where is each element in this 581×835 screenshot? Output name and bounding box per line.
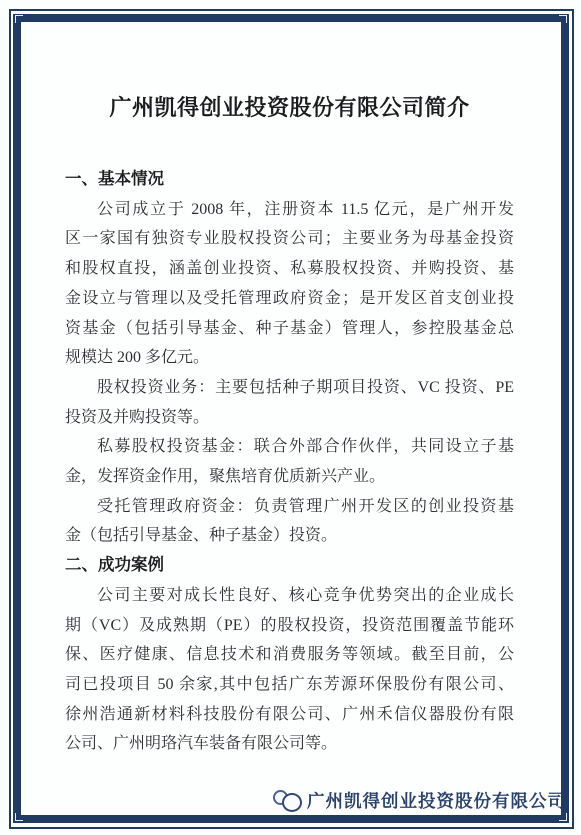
text-line: 保、医疗健康、信息技术和消费服务等领域。截至目前，公 — [65, 640, 514, 670]
text-line: 期（VC）及成熟期（PE）的股权投资，投资范围覆盖节能环 — [65, 611, 514, 641]
text-line: 和股权直投，涵盖创业投资、私募股权投资、并购投资、基 — [65, 254, 514, 284]
text-line: 徐州浩通新材料科技股份有限公司、广州禾信仪器股份有限 — [65, 700, 514, 730]
text-line: 公司主要对成长性良好、核心竞争优势突出的企业成长 — [65, 581, 514, 611]
text-line: 区一家国有独资专业股权投资公司；主要业务为母基金投资 — [65, 224, 514, 254]
text-line: 金设立与管理以及受托管理政府资金；是开发区首支创业投 — [65, 284, 514, 314]
text-line: 资基金（包括引导基金、种子基金）管理人，参控股基金总 — [65, 314, 514, 344]
section-heading-success-cases: 二、成功案例 — [65, 551, 514, 581]
text-line: 股权投资业务：主要包括种子期项目投资、VC 投资、PE — [65, 373, 514, 403]
text-line: 公司成立于 2008 年，注册资本 11.5 亿元，是广州开发 — [65, 195, 514, 225]
corner-mark — [559, 813, 567, 821]
corner-mark — [15, 813, 23, 821]
footer-watermark: 广州凯得创业投资股份有限公司 — [272, 787, 566, 813]
document-page: 广州凯得创业投资股份有限公司简介 一、基本情况 公司成立于 2008 年，注册资… — [0, 0, 581, 835]
text-line: 规模达 200 多亿元。 — [65, 343, 514, 373]
text-line: 私募股权投资基金：联合外部合作伙伴，共同设立子基 — [65, 432, 514, 462]
logo-circle-large — [282, 793, 302, 812]
text-line: 司已投项目 50 余家,其中包括广东芳源环保股份有限公司、 — [65, 670, 514, 700]
text-line: 投资及并购投资等。 — [65, 403, 514, 433]
text-line: 公司、广州明珞汽车装备有限公司等。 — [65, 729, 514, 759]
document-body: 广州凯得创业投资股份有限公司简介 一、基本情况 公司成立于 2008 年，注册资… — [65, 93, 514, 759]
paragraph: 公司主要对成长性良好、核心竞争优势突出的企业成长 期（VC）及成熟期（PE）的股… — [65, 581, 514, 759]
footer-company-name: 广州凯得创业投资股份有限公司 — [307, 788, 566, 813]
paragraph: 受托管理政府资金：负责管理广州开发区的创业投资基 金（包括引导基金、种子基金）投… — [65, 492, 514, 551]
text-line: 金，发挥资金作用，聚焦培育优质新兴产业。 — [65, 462, 514, 492]
section-heading-basic-info: 一、基本情况 — [65, 165, 514, 195]
text-line: 金（包括引导基金、种子基金）投资。 — [65, 521, 514, 551]
corner-mark — [15, 15, 23, 23]
paragraph: 公司成立于 2008 年，注册资本 11.5 亿元，是广州开发 区一家国有独资专… — [65, 195, 514, 373]
page-title: 广州凯得创业投资股份有限公司简介 — [65, 93, 514, 123]
corner-mark — [559, 15, 567, 23]
paragraph: 私募股权投资基金：联合外部合作伙伴，共同设立子基 金，发挥资金作用，聚焦培育优质… — [65, 432, 514, 491]
paragraph: 股权投资业务：主要包括种子期项目投资、VC 投资、PE 投资及并购投资等。 — [65, 373, 514, 432]
company-logo-icon — [272, 787, 302, 813]
text-line: 受托管理政府资金：负责管理广州开发区的创业投资基 — [65, 492, 514, 522]
